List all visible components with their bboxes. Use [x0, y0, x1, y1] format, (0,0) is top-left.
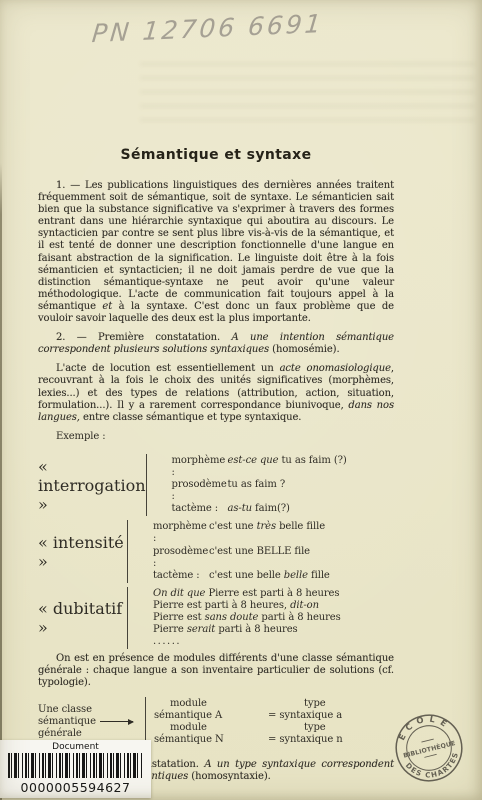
example-heading: Exemple :: [38, 431, 394, 443]
diagram-row: moduletype: [154, 698, 394, 710]
example-value: c'est une BELLE file: [209, 546, 310, 570]
example-row: morphème :c'est une très belle fille: [153, 521, 394, 545]
example-key: prosodème :: [153, 546, 209, 570]
example-ellipsis: ......: [153, 636, 394, 648]
example-line: On dit que Pierre est parti à 8 heures: [153, 588, 394, 600]
example-row: prosodème :c'est une BELLE file: [153, 546, 394, 570]
example-group-interrogation: « interrogation » morphème :est-ce que t…: [38, 454, 394, 516]
example-rows: On dit que Pierre est parti à 8 heures P…: [127, 587, 394, 649]
paragraph-3: L'acte de locution est essentiellement u…: [38, 363, 394, 423]
page-title: Sémantique et syntaxe: [38, 147, 394, 164]
stamp-rule-top: [421, 739, 433, 742]
diagram-row: sémantique A= syntaxique a: [154, 710, 394, 722]
paragraph-2: 2. — Première constatation. A une intent…: [38, 332, 394, 356]
article-body: Sémantique et syntaxe 1. — Les publicati…: [38, 147, 394, 790]
example-rows: morphème :c'est une très belle fille pro…: [127, 520, 394, 582]
barcode-bars-icon: [8, 753, 143, 778]
barcode-number: 0000005594627: [0, 780, 151, 796]
example-value: c'est une très belle fille: [209, 521, 325, 545]
handwritten-shelfmark: PN 12706 6691: [91, 9, 325, 48]
right-arrow-icon: [100, 721, 133, 722]
example-row: morphème :est-ce que tu as faim (?): [172, 455, 394, 479]
barcode-sticker: Document 0000005594627: [0, 740, 151, 798]
diagram-rows: moduletype sémantique A= syntaxique a mo…: [145, 697, 394, 747]
page-showthrough: [140, 58, 475, 132]
example-group-intensite: « intensité » morphème :c'est une très b…: [38, 520, 394, 582]
scanned-page: PN 12706 6691 Sémantique et syntaxe 1. —…: [0, 0, 482, 800]
diagram-row: sémantique N= syntaxique n: [154, 734, 394, 746]
example-row: prosodème :tu as faim ?: [172, 479, 394, 503]
example-row: tactème :as-tu faim(?): [172, 503, 394, 515]
example-row: tactème :c'est une belle belle fille: [153, 570, 394, 582]
example-key: tactème :: [153, 570, 209, 582]
example-key: prosodème :: [172, 479, 228, 503]
example-rows: morphème :est-ce que tu as faim (?) pros…: [146, 454, 394, 516]
example-key: tactème :: [172, 503, 228, 515]
example-group-dubitatif: « dubitatif » On dit que Pierre est part…: [38, 587, 394, 649]
example-value: c'est une belle belle fille: [209, 570, 330, 582]
stamp-text-top: ECOLE: [392, 708, 454, 744]
example-label: « dubitatif »: [38, 587, 127, 649]
barcode-title: Document: [0, 741, 151, 753]
example-line: Pierre est sans doute parti à 8 heures: [153, 612, 394, 624]
paragraph-4: On est en présence de modules différents…: [38, 653, 394, 689]
example-label: « intensité »: [38, 520, 127, 582]
paragraph-1: 1. — Les publications linguistiques des …: [38, 180, 394, 325]
page-edge-shadow: [0, 163, 2, 800]
example-value: tu as faim ?: [228, 479, 286, 503]
diagram-row: moduletype: [154, 722, 394, 734]
example-value: as-tu faim(?): [228, 503, 290, 515]
example-value: est-ce que tu as faim (?): [228, 455, 347, 479]
example-key: morphème :: [153, 521, 209, 545]
example-line: Pierre serait parti à 8 heures: [153, 624, 394, 636]
example-line: Pierre est parti à 8 heures, dit-on: [153, 600, 394, 612]
example-label: « interrogation »: [38, 454, 146, 516]
stamp-rule-bottom: [424, 754, 436, 757]
example-key: morphème :: [172, 455, 228, 479]
